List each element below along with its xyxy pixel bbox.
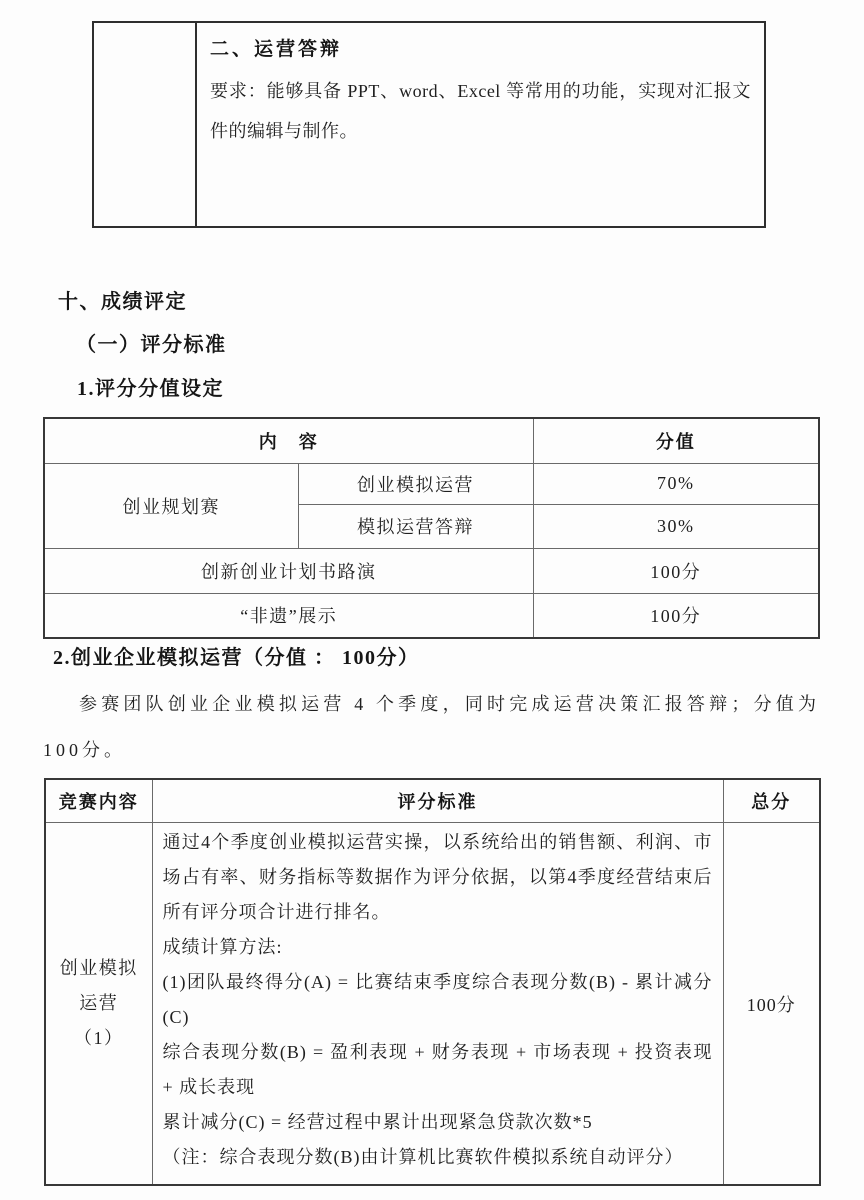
score-table-value-cell: 100分 [533,593,819,638]
criteria-standard-paragraph: 通过4个季度创业模拟运营实操，以系统给出的销售额、利润、市场占有率、财务指标等数… [163,825,713,930]
table-header-row: 内 容 分值 [44,418,819,463]
operations-defense-table: 二、运营答辩 要求：能够具备 PPT、word、Excel 等常用的功能，实现对… [92,21,766,228]
table-header-row: 竞赛内容 评分标准 总分 [45,779,820,823]
table-row: 创业规划赛 创业模拟运营 70% [44,463,819,504]
fragment-content-cell: 二、运营答辩 要求：能够具备 PPT、word、Excel 等常用的功能，实现对… [196,22,765,227]
score-table-value-cell: 100分 [533,548,819,593]
heading-simulated-operation: 2.创业企业模拟运营（分值 ： 100分） [53,641,420,670]
table-row: 创业模拟 运营 （1） 通过4个季度创业模拟运营实操，以系统给出的销售额、利润、… [45,823,820,1186]
document-page: 二、运营答辩 要求：能够具备 PPT、word、Excel 等常用的功能，实现对… [0,0,864,1200]
score-table-item-cell: 创新创业计划书路演 [44,548,533,593]
criteria-content-cell: 创业模拟 运营 （1） [45,823,152,1186]
criteria-standard-paragraph: 综合表现分数(B) = 盈利表现 + 财务表现 + 市场表现 + 投资表现 + … [163,1035,713,1105]
score-table-value-header: 分值 [533,418,819,463]
intro-paragraph: 参赛团队创业企业模拟运营 4 个季度，同时完成运营决策汇报答辩；分值为 100分… [43,681,820,773]
heading-score-value-setting: 1.评分分值设定 [77,372,224,401]
score-value-table: 内 容 分值 创业规划赛 创业模拟运营 70% 模拟运营答辩 30% 创新创业计… [43,417,820,639]
heading-score-evaluation: 十、成绩评定 [58,285,187,314]
score-table-value-cell: 30% [533,504,819,548]
fragment-section-title: 二、运营答辩 [210,29,751,71]
score-table-value-cell: 70% [533,463,819,504]
score-table-item-cell: “非遗”展示 [44,593,533,638]
criteria-table: 竞赛内容 评分标准 总分 创业模拟 运营 （1） 通过4个季度创业模拟运营实操，… [44,778,821,1186]
criteria-standard-paragraph: 成绩计算方法: [163,930,713,965]
score-table-item-cell: 模拟运营答辩 [298,504,533,548]
criteria-standard-header: 评分标准 [152,779,723,823]
criteria-standard-paragraph: （注：综合表现分数(B)由计算机比赛软件模拟系统自动评分） [163,1140,713,1175]
table-row: “非遗”展示 100分 [44,593,819,638]
criteria-standard-paragraph: (1)团队最终得分(A) = 比赛结束季度综合表现分数(B) - 累计减分(C) [163,965,713,1035]
criteria-total-header: 总分 [723,779,820,823]
table-row: 二、运营答辩 要求：能够具备 PPT、word、Excel 等常用的功能，实现对… [93,22,765,227]
criteria-content-header: 竞赛内容 [45,779,152,823]
table-row: 创新创业计划书路演 100分 [44,548,819,593]
criteria-standard-paragraph: 累计减分(C) = 经营过程中累计出现紧急贷款次数*5 [163,1105,713,1140]
fragment-empty-cell [93,22,196,227]
fragment-requirement-text: 要求：能够具备 PPT、word、Excel 等常用的功能，实现对汇报文件的编辑… [210,71,751,151]
criteria-standard-cell: 通过4个季度创业模拟运营实操，以系统给出的销售额、利润、市场占有率、财务指标等数… [152,823,723,1186]
heading-scoring-standard: （一）评分标准 [76,328,227,357]
score-table-content-header: 内 容 [44,418,533,463]
score-table-item-cell: 创业模拟运营 [298,463,533,504]
score-table-group-cell: 创业规划赛 [44,463,298,548]
criteria-total-cell: 100分 [723,823,820,1186]
